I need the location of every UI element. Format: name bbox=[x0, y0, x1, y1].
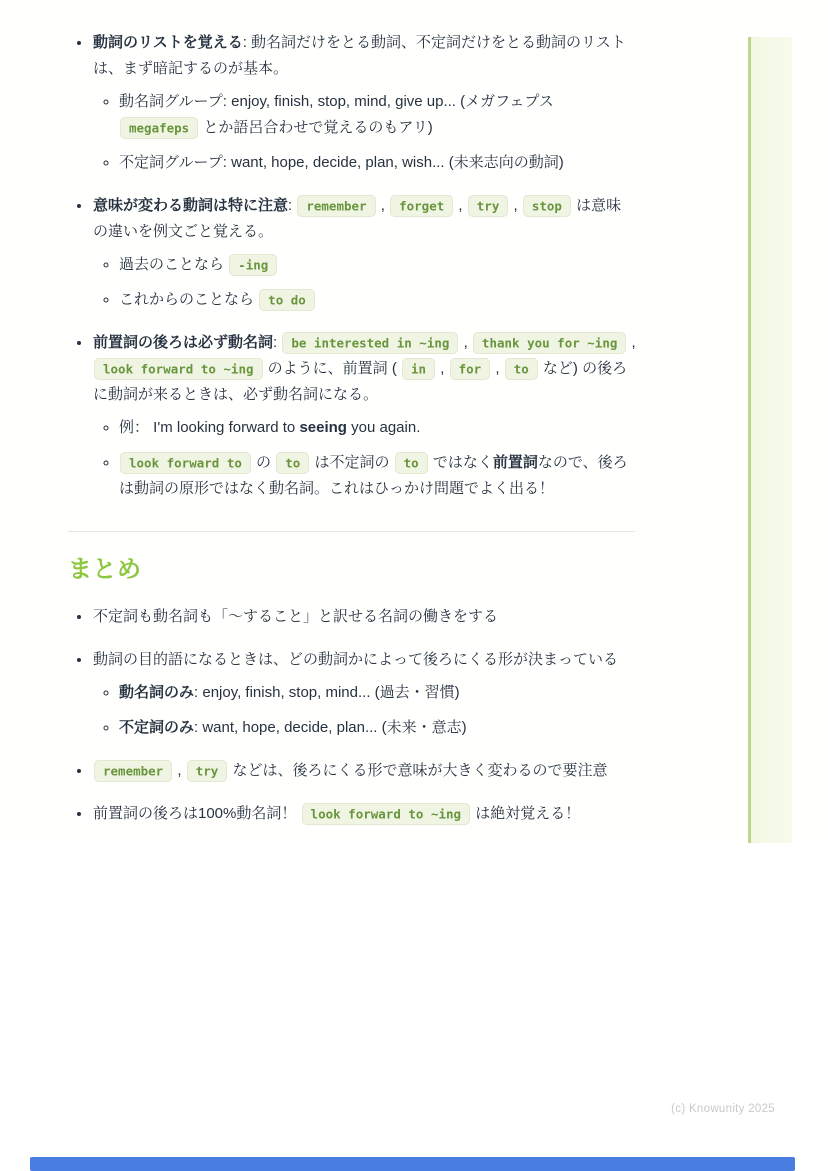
sub-list: 動名詞のみ: enjoy, finish, stop, mind... (過去・… bbox=[93, 680, 636, 741]
text-run: などは、後ろにくる形で意味が大きく変わるので要注意 bbox=[228, 762, 607, 779]
text-run: , bbox=[454, 197, 467, 214]
list-item: look forward to の to は不定詞の to ではなく前置詞なので… bbox=[119, 450, 636, 502]
summary-list: 不定詞も動名詞も「〜すること」と訳せる名詞の働きをする動詞の目的語になるときは、… bbox=[68, 604, 636, 827]
text-run: とか語呂合わせで覚えるのもアリ) bbox=[199, 119, 433, 136]
page-edge-strip bbox=[748, 37, 792, 843]
text-run: , bbox=[377, 197, 390, 214]
bold-text: 動名詞のみ bbox=[119, 684, 194, 701]
sub-list: 例： I'm looking forward to seeing you aga… bbox=[93, 415, 636, 502]
text-run: , bbox=[509, 197, 522, 214]
text-run: 動詞の目的語になるときは、どの動詞かによって後ろにくる形が決まっている bbox=[93, 651, 618, 668]
document-content: 動詞のリストを覚える: 動名詞だけをとる動詞、不定詞だけをとる動詞のリストは、ま… bbox=[68, 30, 636, 844]
code-badge: look forward to bbox=[120, 452, 251, 474]
code-badge: be interested in ~ing bbox=[282, 332, 458, 354]
code-badge: thank you for ~ing bbox=[473, 332, 626, 354]
list-item: 不定詞のみ: want, hope, decide, plan... (未来・意… bbox=[119, 715, 636, 741]
code-badge: -ing bbox=[229, 254, 277, 276]
text-run: 例： I'm looking forward to bbox=[119, 419, 299, 436]
code-badge: look forward to ~ing bbox=[94, 358, 263, 380]
text-run: , bbox=[173, 762, 186, 779]
list-item: 前置詞の後ろは必ず動名詞: be interested in ~ing , th… bbox=[92, 330, 636, 502]
list-item: これからのことなら to do bbox=[119, 287, 636, 313]
text-run: 前置詞の後ろは100%動名詞！ bbox=[93, 805, 301, 822]
key-points-list: 動詞のリストを覚える: 動名詞だけをとる動詞、不定詞だけをとる動詞のリストは、ま… bbox=[68, 30, 636, 502]
text-run: 不定詞も動名詞も「〜すること」と訳せる名詞の働きをする bbox=[93, 608, 498, 625]
text-run: : bbox=[273, 334, 281, 351]
list-item: remember , try などは、後ろにくる形で意味が大きく変わるので要注意 bbox=[92, 758, 636, 784]
code-badge: to do bbox=[259, 289, 315, 311]
list-item: 例： I'm looking forward to seeing you aga… bbox=[119, 415, 636, 441]
code-badge: look forward to ~ing bbox=[302, 803, 471, 825]
text-run: you again. bbox=[347, 419, 420, 436]
text-run: ではなく bbox=[429, 454, 493, 471]
code-badge: try bbox=[187, 760, 228, 782]
list-item: 動名詞のみ: enjoy, finish, stop, mind... (過去・… bbox=[119, 680, 636, 706]
list-item: 意味が変わる動詞は特に注意: remember , forget , try ,… bbox=[92, 193, 636, 313]
notes-page: 動詞のリストを覚える: 動名詞だけをとる動詞、不定詞だけをとる動詞のリストは、ま… bbox=[0, 0, 828, 845]
list-item: 動名詞グループ: enjoy, finish, stop, mind, give… bbox=[119, 89, 636, 141]
bold-text: 前置詞 bbox=[493, 454, 538, 471]
bold-text: 動詞のリストを覚える bbox=[93, 34, 243, 51]
list-item: 不定詞も動名詞も「〜すること」と訳せる名詞の働きをする bbox=[92, 604, 636, 630]
list-item: 動詞のリストを覚える: 動名詞だけをとる動詞、不定詞だけをとる動詞のリストは、ま… bbox=[92, 30, 636, 176]
code-badge: try bbox=[468, 195, 509, 217]
code-badge: to bbox=[276, 452, 309, 474]
list-item: 不定詞グループ: want, hope, decide, plan, wish.… bbox=[119, 150, 636, 176]
code-badge: in bbox=[402, 358, 435, 380]
code-badge: to bbox=[395, 452, 428, 474]
text-run: , bbox=[491, 360, 504, 377]
code-badge: remember bbox=[297, 195, 375, 217]
summary-heading: まとめ bbox=[68, 555, 636, 585]
text-run: は絶対覚える！ bbox=[471, 805, 580, 822]
code-badge: to bbox=[505, 358, 538, 380]
text-run: これからのことなら bbox=[119, 291, 258, 308]
text-run: : bbox=[288, 197, 296, 214]
summary-section: 不定詞も動名詞も「〜すること」と訳せる名詞の働きをする動詞の目的語になるときは、… bbox=[68, 604, 636, 827]
text-run: , bbox=[436, 360, 449, 377]
text-run: は不定詞の bbox=[310, 454, 393, 471]
list-item: 過去のことなら -ing bbox=[119, 252, 636, 278]
text-run: : want, hope, decide, plan... (未来・意志) bbox=[194, 719, 467, 736]
text-run: , bbox=[459, 334, 472, 351]
code-badge: forget bbox=[390, 195, 453, 217]
copyright-footer: (c) Knowunity 2025 bbox=[671, 1102, 775, 1116]
text-run: 動名詞グループ: enjoy, finish, stop, mind, give… bbox=[119, 93, 554, 110]
code-badge: for bbox=[450, 358, 491, 380]
text-run: のように、前置詞 ( bbox=[264, 360, 402, 377]
text-run: 過去のことなら bbox=[119, 256, 228, 273]
sub-list: 動名詞グループ: enjoy, finish, stop, mind, give… bbox=[93, 89, 636, 176]
text-run: の bbox=[252, 454, 275, 471]
bold-text: 前置詞の後ろは必ず動名詞 bbox=[93, 334, 273, 351]
sub-list: 過去のことなら -ingこれからのことなら to do bbox=[93, 252, 636, 313]
list-item: 動詞の目的語になるときは、どの動詞かによって後ろにくる形が決まっている動名詞のみ… bbox=[92, 647, 636, 741]
code-badge: stop bbox=[523, 195, 571, 217]
bold-text: seeing bbox=[299, 419, 347, 436]
bold-text: 不定詞のみ bbox=[119, 719, 194, 736]
code-badge: megafeps bbox=[120, 117, 198, 139]
code-badge: remember bbox=[94, 760, 172, 782]
text-run: : enjoy, finish, stop, mind... (過去・習慣) bbox=[194, 684, 460, 701]
bottom-bar bbox=[30, 1157, 795, 1171]
list-item: 前置詞の後ろは100%動名詞！ look forward to ~ing は絶対… bbox=[92, 801, 636, 827]
bold-text: 意味が変わる動詞は特に注意 bbox=[93, 197, 288, 214]
section-divider bbox=[68, 531, 635, 532]
text-run: , bbox=[627, 334, 635, 351]
text-run: 不定詞グループ: want, hope, decide, plan, wish.… bbox=[119, 154, 564, 171]
